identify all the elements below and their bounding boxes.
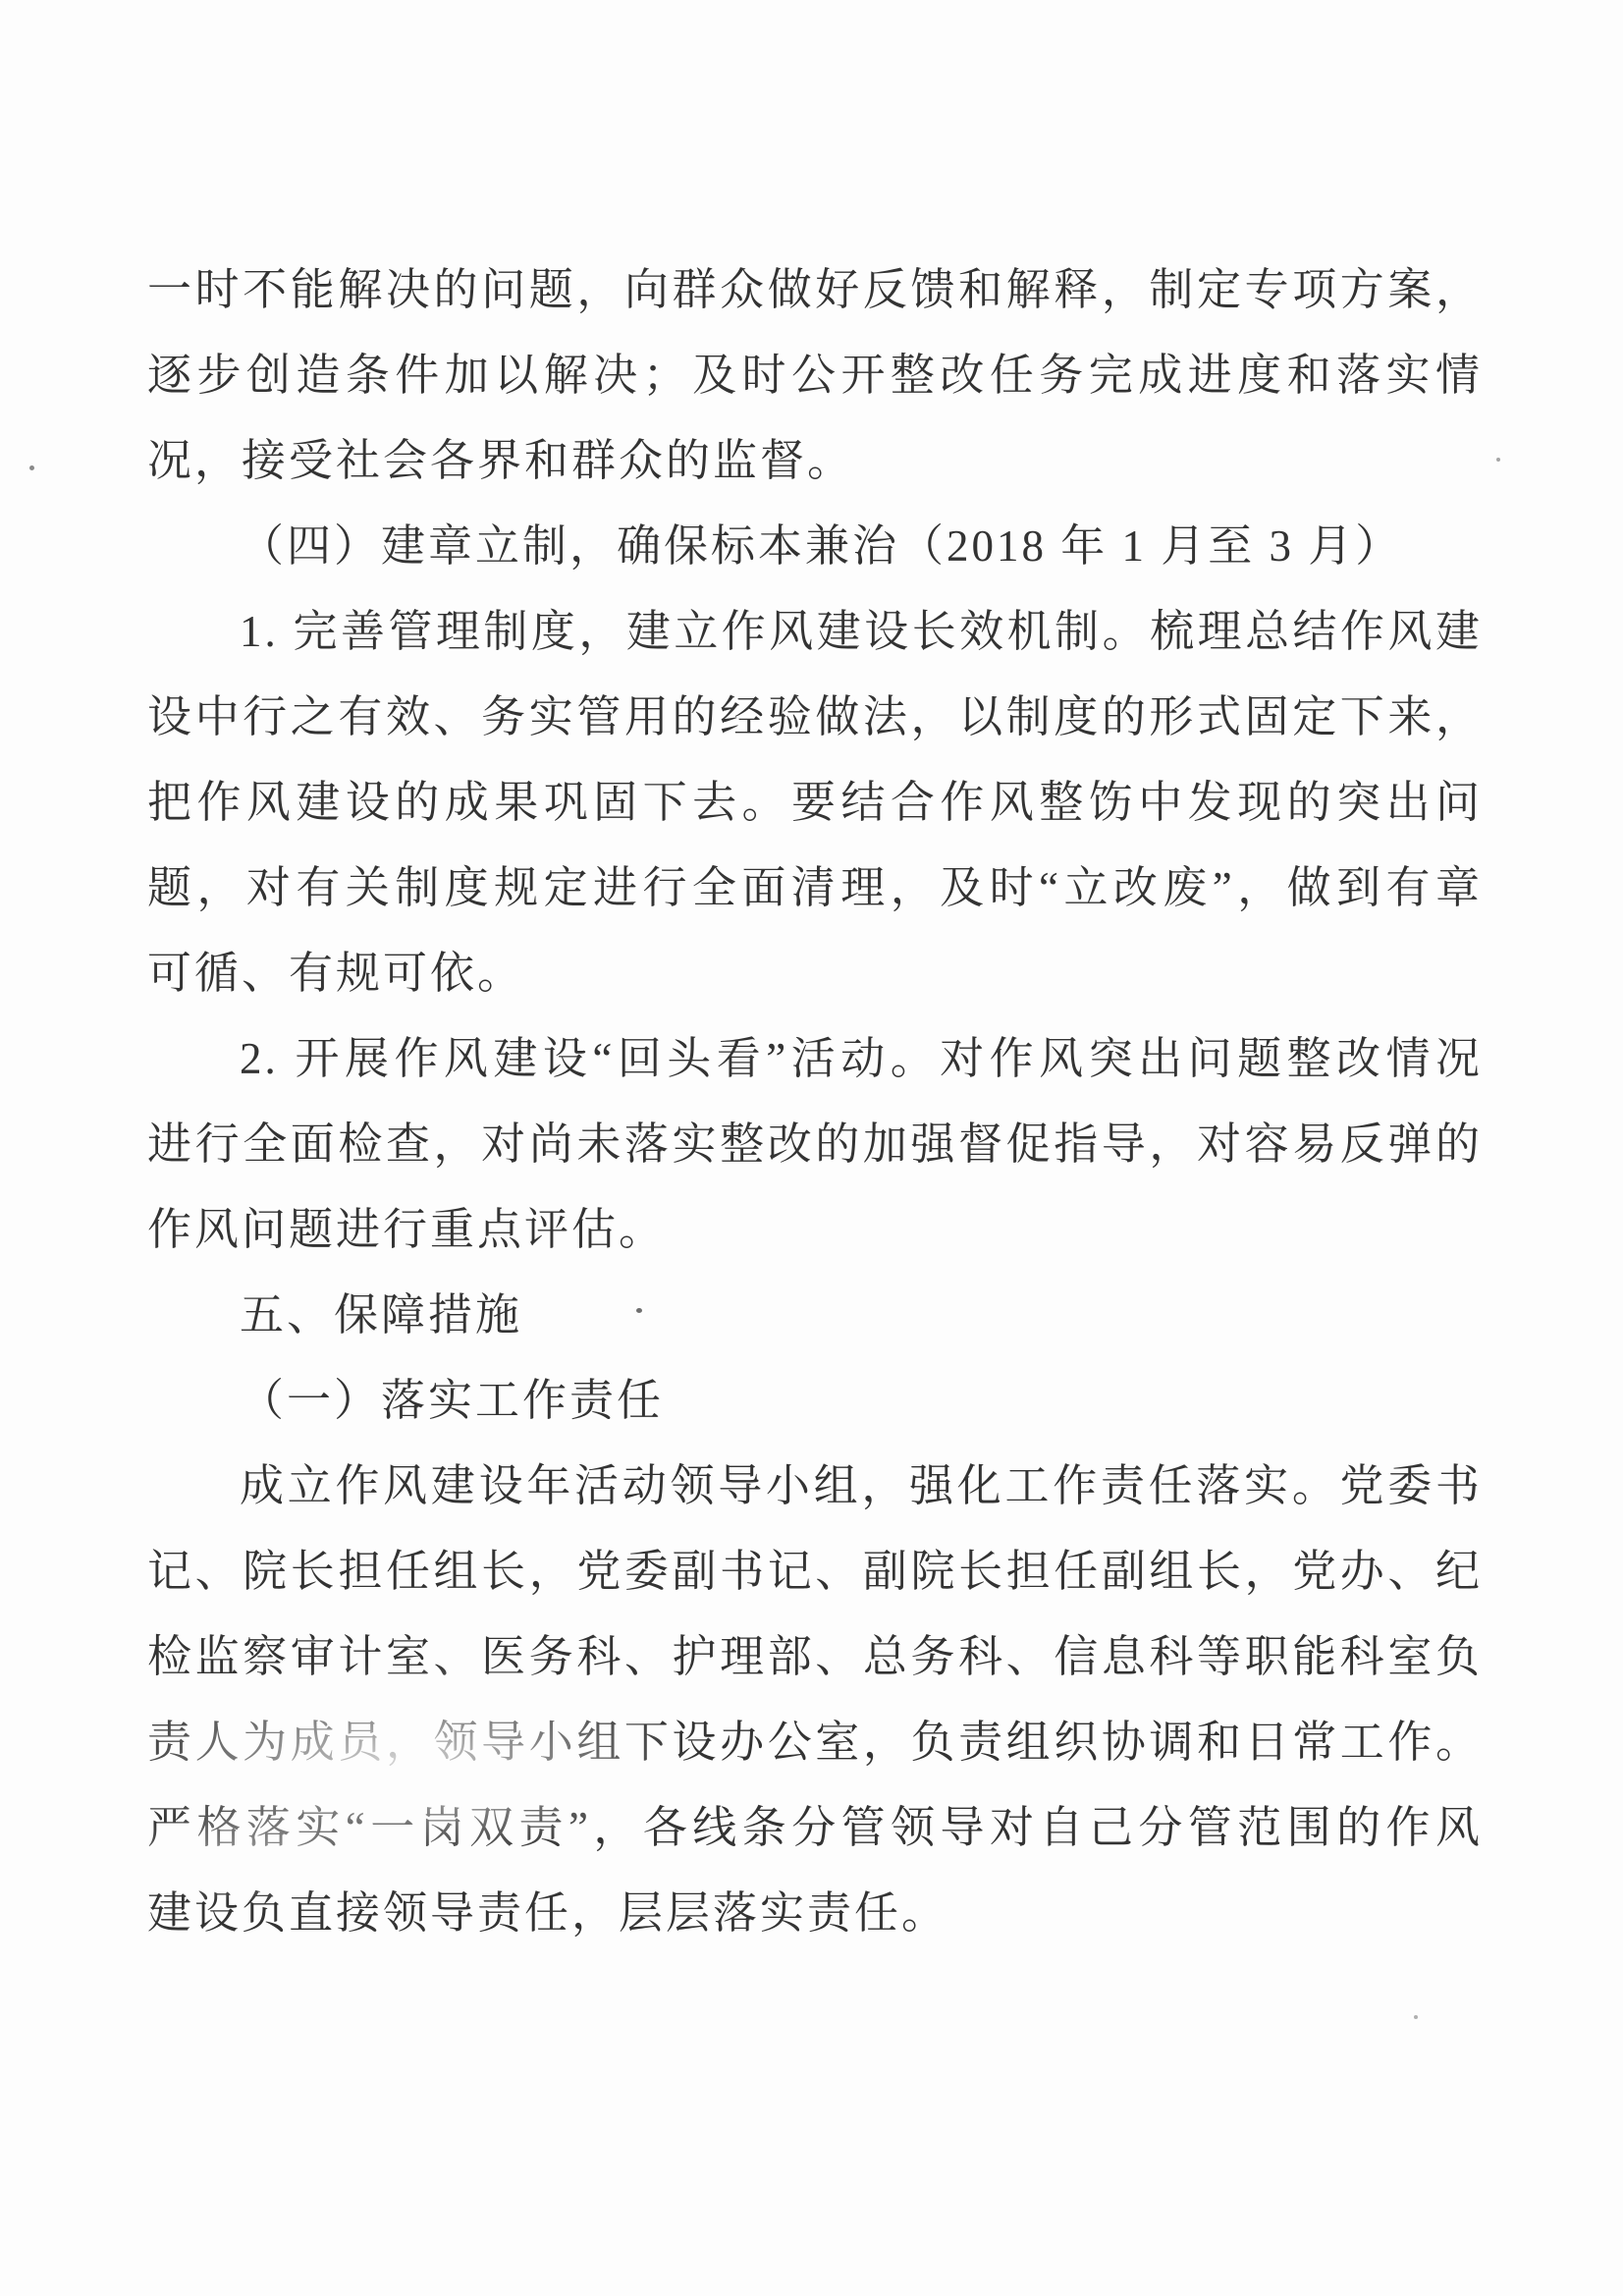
scanned-page: 一时不能解决的问题，向群众做好反馈和解释，制定专项方案，逐步创造条件加以解决；及… [0, 0, 1623, 2296]
document-body: 一时不能解决的问题，向群众做好反馈和解释，制定专项方案，逐步创造条件加以解决；及… [147, 247, 1483, 1956]
text-line: 建设负直接领导责任，层层落实责任。 [147, 1871, 1483, 1956]
text-line: （一）落实工作责任 [147, 1358, 1483, 1444]
text-line: 五、保障措施 [147, 1273, 1483, 1358]
text-line: （四）建章立制，确保标本兼治（2018 年 1 月至 3 月） [147, 504, 1483, 589]
scan-speck-artifact [1496, 458, 1500, 462]
text-line: 一时不能解决的问题，向群众做好反馈和解释，制定专项方案， [147, 247, 1483, 333]
text-line: 2. 开展作风建设“回头看”活动。对作风突出问题整改情况 [147, 1016, 1483, 1102]
text-line: 责人为成员，领导小组下设办公室，负责组织协调和日常工作。 [147, 1700, 1483, 1785]
text-line: 进行全面检查，对尚未落实整改的加强督促指导，对容易反弹的 [147, 1102, 1483, 1187]
text-line: 记、院长担任组长，党委副书记、副院长担任副组长，党办、纪 [147, 1529, 1483, 1614]
text-line: 设中行之有效、务实管用的经验做法，以制度的形式固定下来， [147, 675, 1483, 760]
scan-speck-artifact [1414, 2015, 1418, 2019]
text-line: 可循、有规可依。 [147, 931, 1483, 1016]
text-line: 检监察审计室、医务科、护理部、总务科、信息科等职能科室负 [147, 1614, 1483, 1700]
text-line: 况，接受社会各界和群众的监督。 [147, 418, 1483, 504]
text-line: 把作风建设的成果巩固下去。要结合作风整饬中发现的突出问 [147, 760, 1483, 846]
text-line: 成立作风建设年活动领导小组，强化工作责任落实。党委书 [147, 1444, 1483, 1529]
scan-speck-artifact [29, 465, 34, 470]
text-line: 作风问题进行重点评估。 [147, 1187, 1483, 1273]
text-line: 严格落实“一岗双责”，各线条分管领导对自己分管范围的作风 [147, 1785, 1483, 1871]
text-line: 题，对有关制度规定进行全面清理，及时“立改废”，做到有章 [147, 846, 1483, 931]
text-line: 逐步创造条件加以解决；及时公开整改任务完成进度和落实情 [147, 333, 1483, 418]
text-line: 1. 完善管理制度，建立作风建设长效机制。梳理总结作风建 [147, 589, 1483, 675]
